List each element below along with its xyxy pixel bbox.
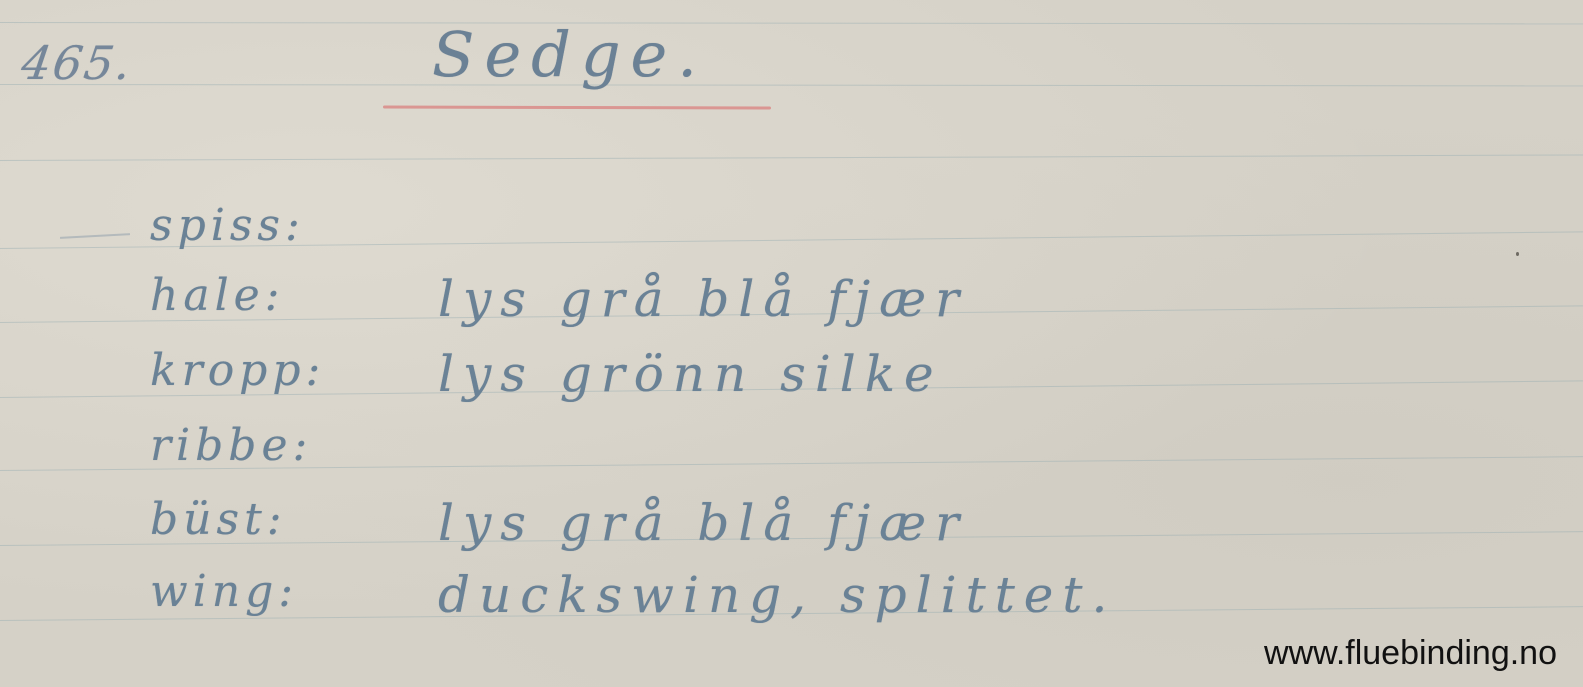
entry-number: 465.	[18, 36, 136, 90]
paper-speck	[1516, 252, 1519, 256]
watermark-url: www.fluebinding.no	[1264, 634, 1557, 673]
recipe-label: büst:	[150, 494, 287, 545]
recipe-value: lys grå blå fjær	[438, 270, 968, 328]
recipe-label: kropp:	[150, 345, 325, 396]
recipe-value: lys grönn silke	[438, 345, 943, 403]
recipe-label: spiss:	[150, 200, 305, 251]
recipe-value: duckswing, splittet.	[438, 566, 1116, 624]
recipe-label: ribbe:	[150, 420, 312, 471]
recipe-value: lys grå blå fjær	[438, 494, 968, 552]
page-title: Sedge.	[432, 18, 707, 91]
recipe-label: hale:	[150, 270, 285, 321]
recipe-label: wing:	[150, 566, 298, 617]
